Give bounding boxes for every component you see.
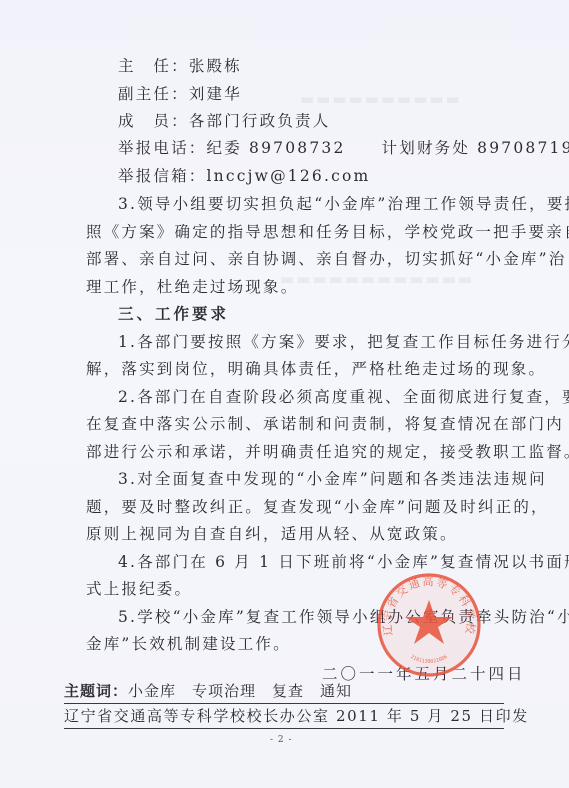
- deputy-row: 副主任：刘建华: [118, 84, 242, 104]
- page-number: - 2 -: [270, 735, 293, 745]
- director-name: 张殿栋: [189, 57, 242, 75]
- item-3-line: 题，要及时整改纠正。复查发现“小金库”问题及时纠正的，: [86, 497, 549, 517]
- section-heading: 三、工作要求: [118, 304, 229, 324]
- item-3-line: 原则上视同为自查自纠，适用从轻、从宽政策。: [86, 524, 458, 544]
- deputy-label: 副主任：: [118, 85, 189, 103]
- official-seal-icon: 辽宁省交通高等专科学校 2101130022086: [374, 570, 484, 680]
- issuer-row: 辽宁省交通高等专科学校校长办公室 2011 年 5 月 25 日印发: [64, 706, 529, 726]
- bleed-through-text: ▬▬▬▬▬▬▬▬▬▬▬▬: [280, 270, 474, 288]
- footer-divider: [64, 728, 504, 729]
- item-3-line: 3.对全面复查中发现的“小金库”问题和各类违法违规问: [118, 469, 547, 489]
- item-2-line: 在复查中落实公示制、承诺制和问责制，将复查情况在部门内: [86, 414, 564, 434]
- phone-2: 计划财务处 89708719: [382, 139, 569, 157]
- keywords-value: 小金库 专项治理 复查 通知: [128, 682, 352, 700]
- email-row: 举报信箱：lnccjw@126.com: [118, 166, 370, 186]
- para3-line: 理工作，杜绝走过场现象。: [86, 277, 298, 297]
- para3-line: 3.领导小组要切实担负起“小金库”治理工作领导责任，要按: [118, 194, 569, 214]
- item-2-line: 2.各部门在自查阶段必须高度重视、全面彻底进行复查，要: [118, 387, 569, 407]
- para3-line: 照《方案》确定的指导思想和任务目标，学校党政一把手要亲自: [86, 222, 569, 242]
- para3-line: 部署、亲自过问、亲自协调、亲自督办，切实抓好“小金库”治: [86, 249, 566, 269]
- director-row: 主 任：张殿栋: [118, 56, 242, 76]
- item-2-line: 部进行公示和承诺，并明确责任追究的规定，接受教职工监督。: [86, 442, 569, 462]
- members-label: 成 员：: [118, 112, 189, 130]
- item-4-line: 4.各部门在 6 月 1 日下班前将“小金库”复查情况以书面形: [118, 552, 569, 572]
- phone-row: 举报电话：纪委 89708732计划财务处 89708719: [118, 138, 569, 158]
- item-5-line: 5.学校“小金库”复查工作领导小组办公室负责牵头防治“小: [118, 607, 569, 627]
- email-label: 举报信箱：: [118, 167, 207, 185]
- footer-divider: [64, 703, 504, 704]
- item-5-line: 金库”长效机制建设工作。: [86, 634, 291, 654]
- item-1-line: 1.各部门要按照《方案》要求，把复查工作目标任务进行分: [118, 332, 569, 352]
- item-1-line: 解，落实到岗位，明确具体责任，严格杜绝走过场的现象。: [86, 359, 546, 379]
- item-4-line: 式上报纪委。: [86, 579, 192, 599]
- keywords-row: 主题词：小金库 专项治理 复查 通知: [64, 681, 352, 701]
- members-value: 各部门行政负责人: [189, 112, 331, 130]
- phone-1: 纪委 89708732: [207, 139, 346, 157]
- keywords-label: 主题词：: [64, 682, 128, 700]
- document-page: ▬▬▬▬▬▬▬▬▬▬ ▬▬▬▬▬▬▬▬▬▬▬▬ 主 任：张殿栋 副主任：刘建华 …: [0, 0, 569, 788]
- phone-label: 举报电话：: [118, 139, 207, 157]
- director-label: 主 任：: [118, 57, 189, 75]
- members-row: 成 员：各部门行政负责人: [118, 111, 330, 131]
- email-value: lnccjw@126.com: [207, 167, 371, 185]
- deputy-name: 刘建华: [189, 85, 242, 103]
- bleed-through-text: ▬▬▬▬▬▬▬▬▬▬: [300, 90, 462, 108]
